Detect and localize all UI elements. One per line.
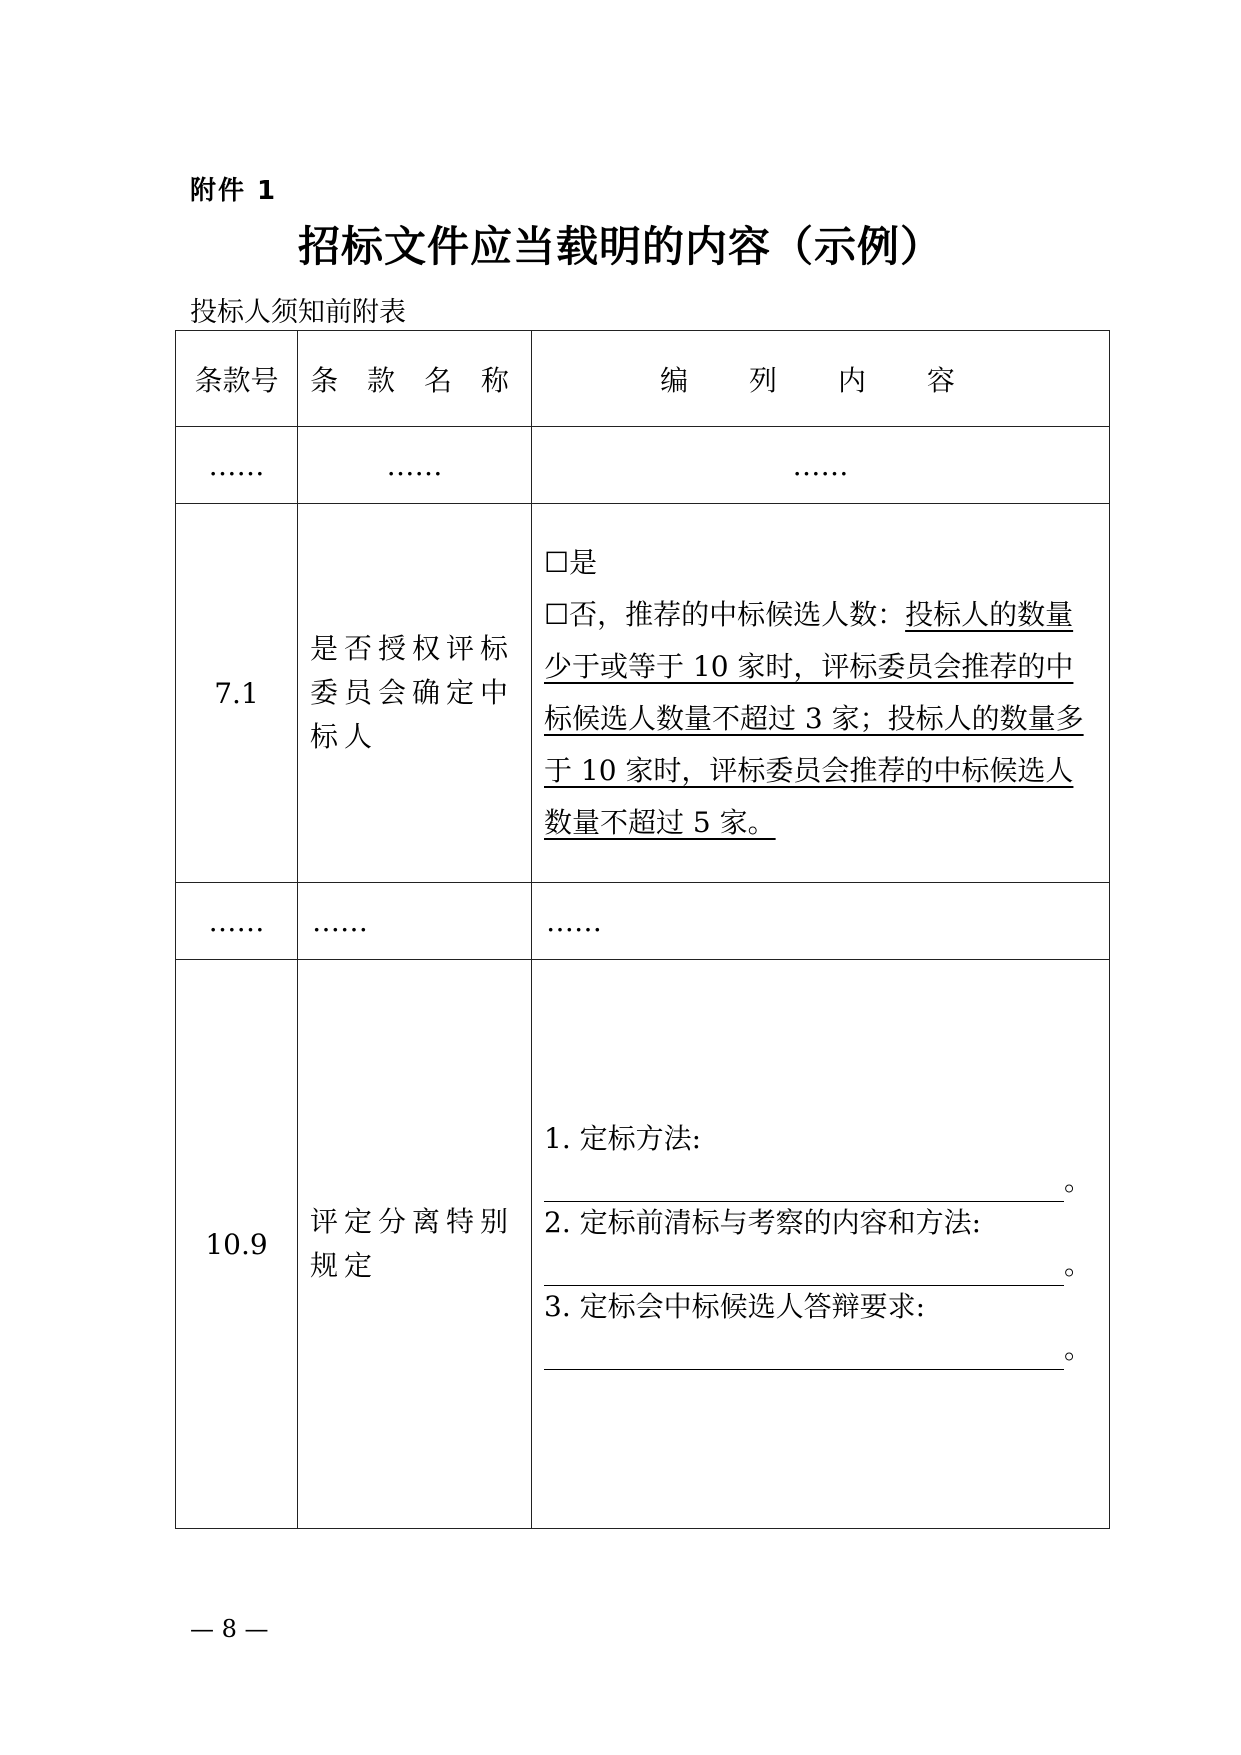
page-number: — 8 — (190, 1615, 269, 1643)
clause-name-cell: 评定分离特别规定 (298, 960, 532, 1529)
clause-name-cell: …… (298, 883, 532, 960)
bidder-instructions-table: 条款号 条 款 名 称 编 列 内 容 …… …… …… 7.1 是否授权评标委… (175, 330, 1110, 1529)
table-header-row: 条款号 条 款 名 称 编 列 内 容 (176, 331, 1110, 427)
item-3: 3. 定标会中标候选人答辩要求: (544, 1286, 1099, 1328)
content-cell: …… (532, 883, 1110, 960)
header-clause-name: 条 款 名 称 (298, 331, 532, 427)
item-1: 1. 定标方法: (544, 1118, 1099, 1160)
fill-blank-2[interactable]: 。 (544, 1244, 1099, 1286)
clause-name-cell: 是否授权评标委员会确定中标人 (298, 504, 532, 883)
table-row-7-1: 7.1 是否授权评标委员会确定中标人 ☐是 ☐否，推荐的中标候选人数：投标人的数… (176, 504, 1110, 883)
clause-no-cell: 10.9 (176, 960, 298, 1529)
content-cell: 1. 定标方法: 。 2. 定标前清标与考察的内容和方法: 。 3. 定标会中标… (532, 960, 1110, 1529)
option-no: ☐否，推荐的中标候选人数：投标人的数量少于或等于 10 家时，评标委员会推荐的中… (544, 589, 1099, 849)
content-cell: ☐是 ☐否，推荐的中标候选人数：投标人的数量少于或等于 10 家时，评标委员会推… (532, 504, 1110, 883)
attachment-label: 附件 1 (190, 170, 277, 207)
table-row-10-9: 10.9 评定分离特别规定 1. 定标方法: 。 2. 定标前清标与考察的内容和… (176, 960, 1110, 1529)
option-yes: ☐是 (544, 537, 1099, 589)
content-cell: …… (532, 427, 1110, 504)
candidate-count-rule: 投标人的数量少于或等于 10 家时，评标委员会推荐的中标候选人数量不超过 3 家… (544, 598, 1084, 839)
clause-name-cell: …… (298, 427, 532, 504)
clause-no-cell: 7.1 (176, 504, 298, 883)
blank-line[interactable] (544, 1255, 1064, 1286)
fill-blank-3[interactable]: 。 (544, 1328, 1099, 1370)
header-clause-no: 条款号 (176, 331, 298, 427)
header-content: 编 列 内 容 (532, 331, 1110, 427)
fill-blank-1[interactable]: 。 (544, 1160, 1099, 1202)
clause-no-cell: …… (176, 883, 298, 960)
blank-line[interactable] (544, 1171, 1064, 1202)
option-no-prefix: ☐否，推荐的中标候选人数： (544, 598, 905, 631)
table-row: …… …… …… (176, 883, 1110, 960)
table-row: …… …… …… (176, 427, 1110, 504)
document-title: 招标文件应当载明的内容（示例） (0, 214, 1241, 274)
table-subtitle: 投标人须知前附表 (190, 290, 406, 329)
clause-no-cell: …… (176, 427, 298, 504)
item-2: 2. 定标前清标与考察的内容和方法: (544, 1202, 1099, 1244)
blank-line[interactable] (544, 1339, 1064, 1370)
